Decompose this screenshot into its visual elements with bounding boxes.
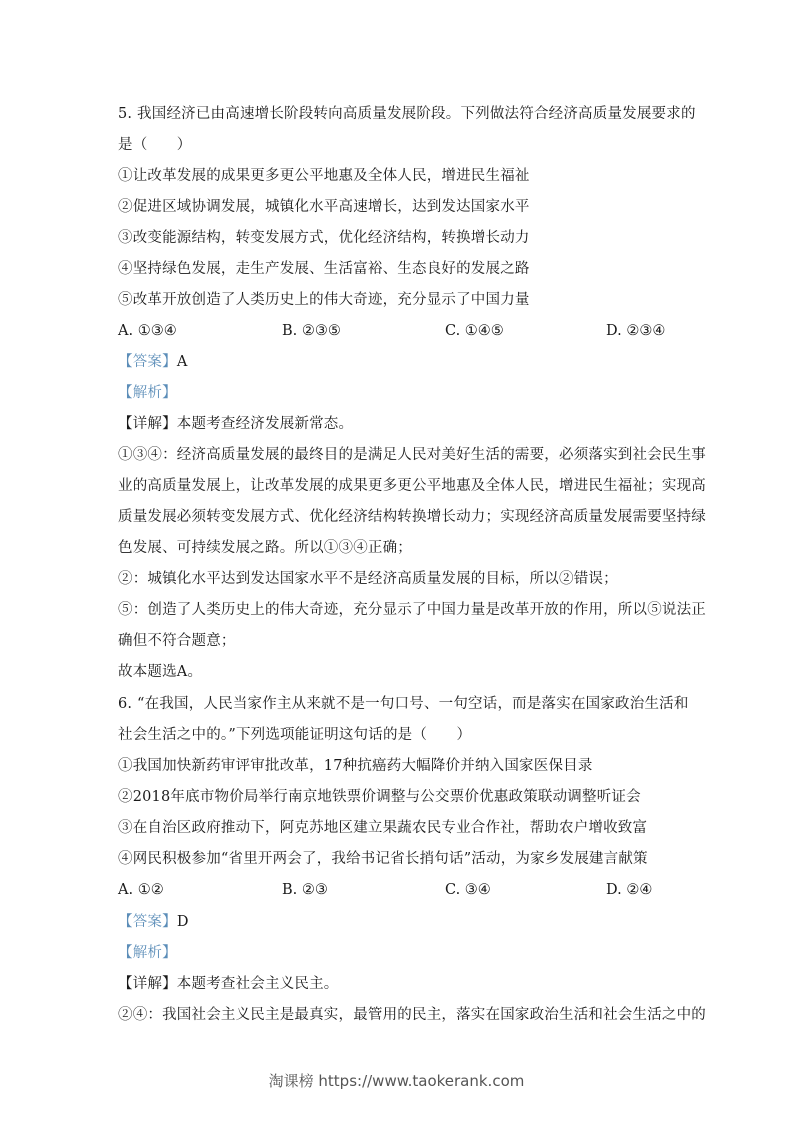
q5-explanation-1: ①③④：经济高质量发展的最终目的是满足人民对美好生活的需要，必须落实到社会民生事	[118, 445, 706, 465]
q6-answer: 【答案】D	[118, 912, 189, 932]
document-page: 5. 我国经济已由高速增长阶段转向高质量发展阶段。下列做法符合经济高质量发展要求…	[0, 0, 793, 1122]
q5-explanation-7: 确但不符合题意；	[118, 631, 236, 651]
q6-stem-line2: 社会生活之中的。”下列选项能证明这句话的是（ ）	[118, 725, 471, 745]
footer-watermark: 淘课榜 https://www.taokerank.com	[0, 1070, 793, 1091]
q5-item-4: ④坚持绿色发展，走生产发展、生活富裕、生态良好的发展之路	[118, 259, 530, 279]
q6-stem-line1: 6. “在我国，人民当家作主从来就不是一句口号、一句空话，而是落实在国家政治生活…	[118, 694, 689, 714]
q6-answer-label: 【答案】	[118, 914, 177, 930]
q5-explanation-5: ②：城镇化水平达到发达国家水平不是经济高质量发展的目标，所以②错误；	[118, 569, 618, 589]
q5-option-c: C. ①④⑤	[445, 321, 504, 341]
q5-explanation-2: 业的高质量发展上，让改革发展的成果更多更公平地惠及全体人民，增进民生福祉；实现高	[118, 476, 706, 496]
q5-explanation-4: 色发展、可持续发展之路。所以①③④正确；	[118, 538, 412, 558]
q5-explanation-8: 故本题选A。	[118, 662, 202, 682]
q5-explanation-3: 质量发展必须转变发展方式、优化经济结构转换增长动力；实现经济高质量发展需要坚持绿	[118, 507, 706, 527]
q6-analysis-label: 【解析】	[118, 943, 177, 963]
q5-option-a: A. ①③④	[118, 321, 177, 341]
q6-option-a: A. ①②	[118, 880, 164, 900]
q6-option-d: D. ②④	[606, 880, 652, 900]
q5-option-d: D. ②③④	[606, 321, 665, 341]
q6-item-4: ④网民积极参加“省里开两会了，我给书记省长捎句话”活动，为家乡发展建言献策	[118, 849, 648, 869]
q5-answer: 【答案】A	[118, 352, 187, 372]
q5-explanation-6: ⑤：创造了人类历史上的伟大奇迹，充分显示了中国力量是改革开放的作用，所以⑤说法正	[118, 600, 706, 620]
q6-option-c: C. ③④	[445, 880, 491, 900]
q6-item-3: ③在自治区政府推动下，阿克苏地区建立果蔬农民专业合作社，帮助农户增收致富	[118, 818, 647, 838]
q6-detail: 【详解】本题考查社会主义民主。	[118, 974, 339, 994]
q5-item-3: ③改变能源结构，转变发展方式，优化经济结构，转换增长动力	[118, 228, 530, 248]
q6-item-2: ②2018年底市物价局举行南京地铁票价调整与公交票价优惠政策联动调整听证会	[118, 787, 641, 807]
q5-item-5: ⑤改革开放创造了人类历史上的伟大奇迹，充分显示了中国力量	[118, 290, 530, 310]
q6-item-1: ①我国加快新药审评审批改革，17种抗癌药大幅降价并纳入国家医保目录	[118, 756, 593, 776]
q5-stem-line2: 是（ ）	[118, 135, 192, 155]
q6-options: A. ①② B. ②③ C. ③④ D. ②④	[0, 880, 793, 900]
q6-explanation-1: ②④：我国社会主义民主是最真实，最管用的民主，落实在国家政治生活和社会生活之中的	[118, 1005, 706, 1025]
q5-item-1: ①让改革发展的成果更多更公平地惠及全体人民，增进民生福祉	[118, 166, 530, 186]
q5-answer-value: A	[177, 354, 188, 370]
q5-option-b: B. ②③⑤	[282, 321, 341, 341]
q5-options: A. ①③④ B. ②③⑤ C. ①④⑤ D. ②③④	[0, 321, 793, 341]
q6-answer-value: D	[177, 914, 189, 930]
q5-stem-line1: 5. 我国经济已由高速增长阶段转向高质量发展阶段。下列做法符合经济高质量发展要求…	[118, 104, 696, 124]
q5-answer-label: 【答案】	[118, 354, 177, 370]
q5-item-2: ②促进区域协调发展，城镇化水平高速增长，达到发达国家水平	[118, 197, 530, 217]
q5-analysis-label: 【解析】	[118, 383, 177, 403]
q6-option-b: B. ②③	[282, 880, 328, 900]
q5-detail: 【详解】本题考查经济发展新常态。	[118, 414, 353, 434]
